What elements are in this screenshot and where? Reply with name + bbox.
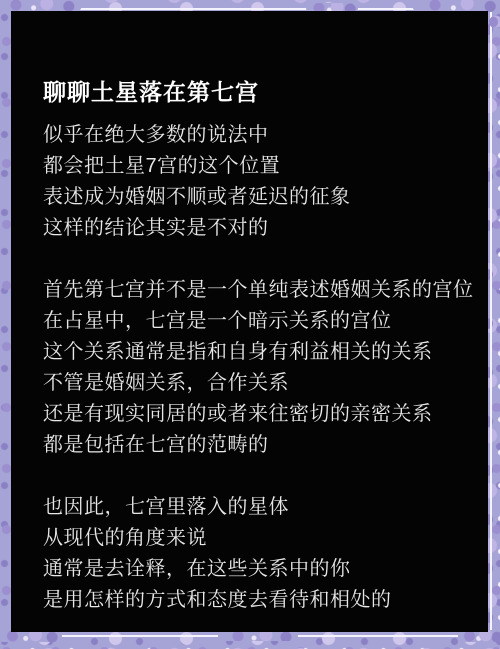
paragraph: 似乎在绝大多数的说法中都会把土星7宫的这个位置表述成为婚姻不顺或者延迟的征象这样…: [43, 120, 462, 244]
text-line: 从现代的角度来说: [43, 523, 462, 554]
text-line: 首先第七宫并不是一个单纯表述婚姻关系的宫位: [43, 275, 462, 306]
text-line: 都是包括在七宫的范畴的: [43, 430, 462, 461]
flower-cluster-icon: [489, 16, 500, 28]
text-line: 通常是去诠释，在这些关系中的你: [43, 554, 462, 585]
text-line: 似乎在绝大多数的说法中: [43, 120, 462, 151]
text-line: 这个关系通常是指和自身有利益相关的关系: [43, 337, 462, 368]
text-line: 表述成为婚姻不顺或者延迟的征象: [43, 182, 462, 213]
flower-cluster-icon: [218, 631, 298, 641]
text-line: 不管是婚姻关系，合作关系: [43, 368, 462, 399]
content-panel: 聊聊土星落在第七宫 似乎在绝大多数的说法中都会把土星7宫的这个位置表述成为婚姻不…: [11, 11, 488, 632]
text-line: 都会把土星7宫的这个位置: [43, 151, 462, 182]
paragraph: 也因此，七宫里落入的星体从现代的角度来说通常是去诠释，在这些关系中的你是用怎样的…: [43, 492, 462, 616]
text-line: 在占星中，七宫是一个暗示关系的宫位: [43, 306, 462, 337]
text-line: 这样的结论其实是不对的: [43, 213, 462, 244]
text-line: 是用怎样的方式和态度去看待和相处的: [43, 585, 462, 616]
text-line: 还是有现实同居的或者来往密切的亲密关系: [43, 399, 462, 430]
post-title: 聊聊土星落在第七宫: [43, 77, 462, 107]
post-body: 似乎在绝大多数的说法中都会把土星7宫的这个位置表述成为婚姻不顺或者延迟的征象这样…: [43, 120, 462, 616]
text-line: 也因此，七宫里落入的星体: [43, 492, 462, 523]
paragraph: 首先第七宫并不是一个单纯表述婚姻关系的宫位在占星中，七宫是一个暗示关系的宫位这个…: [43, 275, 462, 461]
